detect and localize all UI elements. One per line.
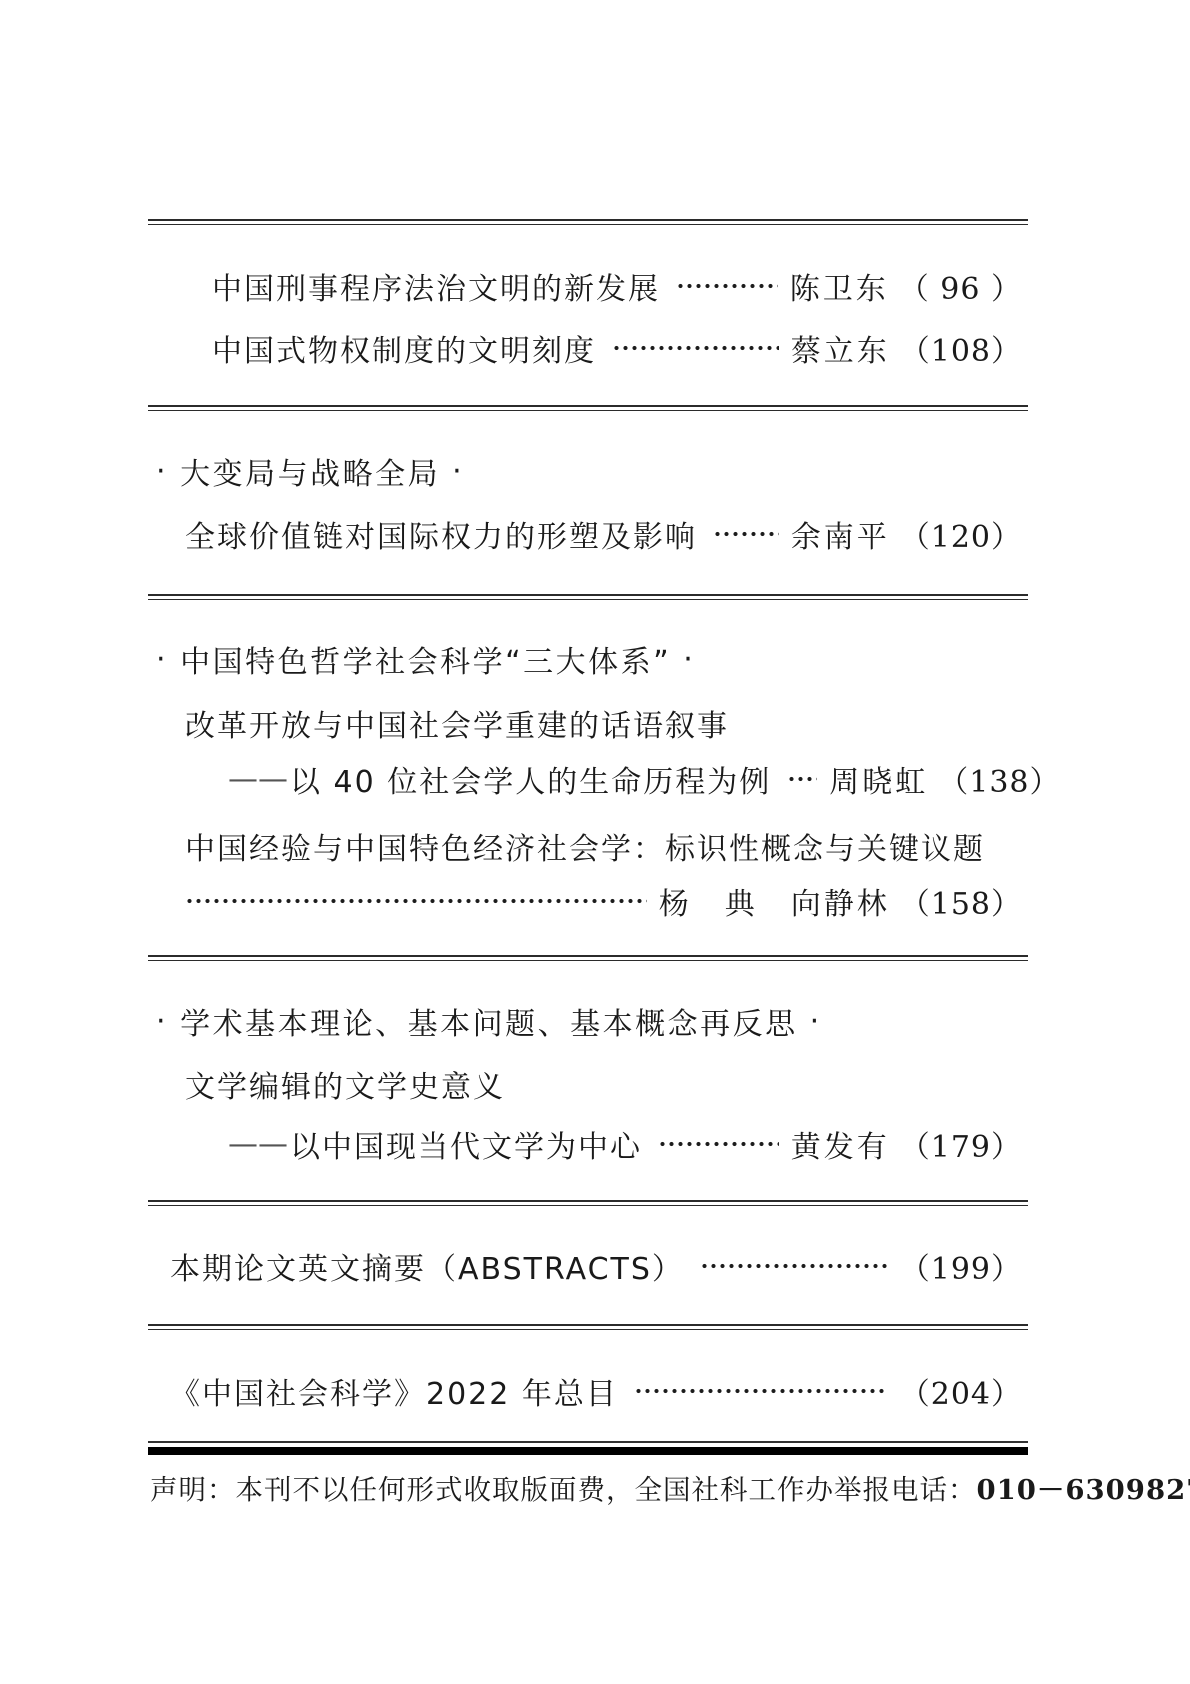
section-title: 学术基本理论、基本问题、基本概念再反思	[180, 999, 798, 1043]
section-bullet: ·	[156, 1004, 168, 1039]
entry-title: 中国刑事程序法治文明的新发展	[212, 264, 660, 308]
dotted-leader	[658, 1125, 779, 1163]
entry-author: 黄发有	[791, 1122, 890, 1166]
entry-title: 改革开放与中国社会学重建的话语叙事	[185, 701, 729, 745]
entry-author: 周晓虹	[829, 757, 928, 801]
entry-title: 中国经验与中国特色经济社会学：标识性概念与关键议题	[185, 824, 985, 868]
section-divider	[148, 405, 1028, 411]
toc-entry: 《中国社会科学》2022 年总目 （204）	[170, 1372, 1022, 1410]
toc-entry: 本期论文英文摘要（ABSTRACTS） （199）	[170, 1247, 1022, 1285]
section-bullet: ·	[156, 454, 168, 489]
section-header: · 大变局与战略全局 ·	[156, 452, 1022, 490]
toc-entry: 中国式物权制度的文明刻度 蔡立东 （108）	[212, 329, 1022, 367]
section-divider	[148, 955, 1028, 961]
section-bullet: ·	[452, 454, 464, 489]
toc-entry: 中国刑事程序法治文明的新发展 陈卫东 （ 96 ）	[212, 267, 1022, 305]
footer-divider-thin-line	[148, 1441, 1028, 1443]
entry-page-number: （199）	[900, 1244, 1022, 1288]
statement-text: 声明：本刊不以任何形式收取版面费，全国社科工作办举报电话：	[150, 1474, 977, 1506]
entry-page-number: （ 96 ）	[899, 264, 1022, 308]
entry-subtitle: 以中国现当代文学为中心	[290, 1122, 642, 1166]
section-divider	[148, 594, 1028, 600]
footer-divider-thick-line	[148, 1447, 1028, 1455]
entry-author: 余南平	[791, 512, 890, 556]
toc-entry-subtitle: —— 以中国现当代文学为中心 黄发有 （179）	[228, 1125, 1022, 1163]
entry-title: 全球价值链对国际权力的形塑及影响	[185, 512, 697, 556]
section-header: · 学术基本理论、基本问题、基本概念再反思 ·	[156, 1002, 1022, 1040]
entry-author: 陈卫东	[790, 264, 889, 308]
entry-author: 蔡立东	[791, 326, 890, 370]
entry-subtitle: 以 40 位社会学人的生命历程为例	[290, 757, 771, 801]
entry-page-number: （138）	[938, 757, 1060, 801]
dotted-leader	[700, 1247, 888, 1285]
entry-author: 杨 典 向静林	[659, 879, 890, 923]
section-bullet: ·	[156, 642, 168, 677]
dotted-leader	[676, 267, 778, 305]
toc-entry: 全球价值链对国际权力的形塑及影响 余南平 （120）	[185, 515, 1022, 553]
entry-title: 本期论文英文摘要（ABSTRACTS）	[170, 1244, 684, 1288]
toc-page: 中国刑事程序法治文明的新发展 陈卫东 （ 96 ） 中国式物权制度的文明刻度 蔡…	[148, 0, 1028, 1684]
section-bullet: ·	[683, 642, 695, 677]
dotted-leader	[612, 329, 779, 367]
subtitle-dash: ——	[228, 762, 288, 797]
toc-entry-subtitle: —— 以 40 位社会学人的生命历程为例 周晓虹 （138）	[228, 760, 1022, 798]
toc-entry: 改革开放与中国社会学重建的话语叙事	[185, 704, 1022, 742]
entry-title: 文学编辑的文学史意义	[185, 1062, 505, 1106]
entry-page-number: （179）	[900, 1122, 1022, 1166]
subtitle-dash: ——	[228, 1127, 288, 1162]
section-divider	[148, 1200, 1028, 1206]
toc-entry: 文学编辑的文学史意义	[185, 1065, 1022, 1103]
entry-title: 中国式物权制度的文明刻度	[212, 326, 596, 370]
entry-page-number: （158）	[900, 879, 1022, 923]
footer-divider	[148, 1441, 1028, 1455]
toc-entry: 中国经验与中国特色经济社会学：标识性概念与关键议题	[185, 827, 1022, 865]
section-title: 大变局与战略全局	[180, 449, 440, 493]
section-header: · 中国特色哲学社会科学“三大体系” ·	[156, 640, 1022, 678]
section-title: 中国特色哲学社会科学“三大体系”	[180, 637, 671, 681]
dotted-leader	[185, 882, 647, 920]
dotted-leader	[787, 760, 817, 798]
entry-page-number: （120）	[900, 512, 1022, 556]
toc-entry-continuation: 杨 典 向静林 （158）	[185, 882, 1022, 920]
entry-page-number: （204）	[900, 1369, 1022, 1413]
section-divider	[148, 1324, 1028, 1330]
statement-phone-number: 010－63098272	[977, 1474, 1190, 1506]
dotted-leader	[634, 1372, 888, 1410]
footer-statement: 声明：本刊不以任何形式收取版面费，全国社科工作办举报电话：010－6309827…	[150, 1467, 1028, 1507]
entry-title: 《中国社会科学》2022 年总目	[170, 1369, 618, 1413]
entry-page-number: （108）	[900, 326, 1022, 370]
section-divider	[148, 219, 1028, 225]
section-bullet: ·	[810, 1004, 822, 1039]
dotted-leader	[713, 515, 779, 553]
